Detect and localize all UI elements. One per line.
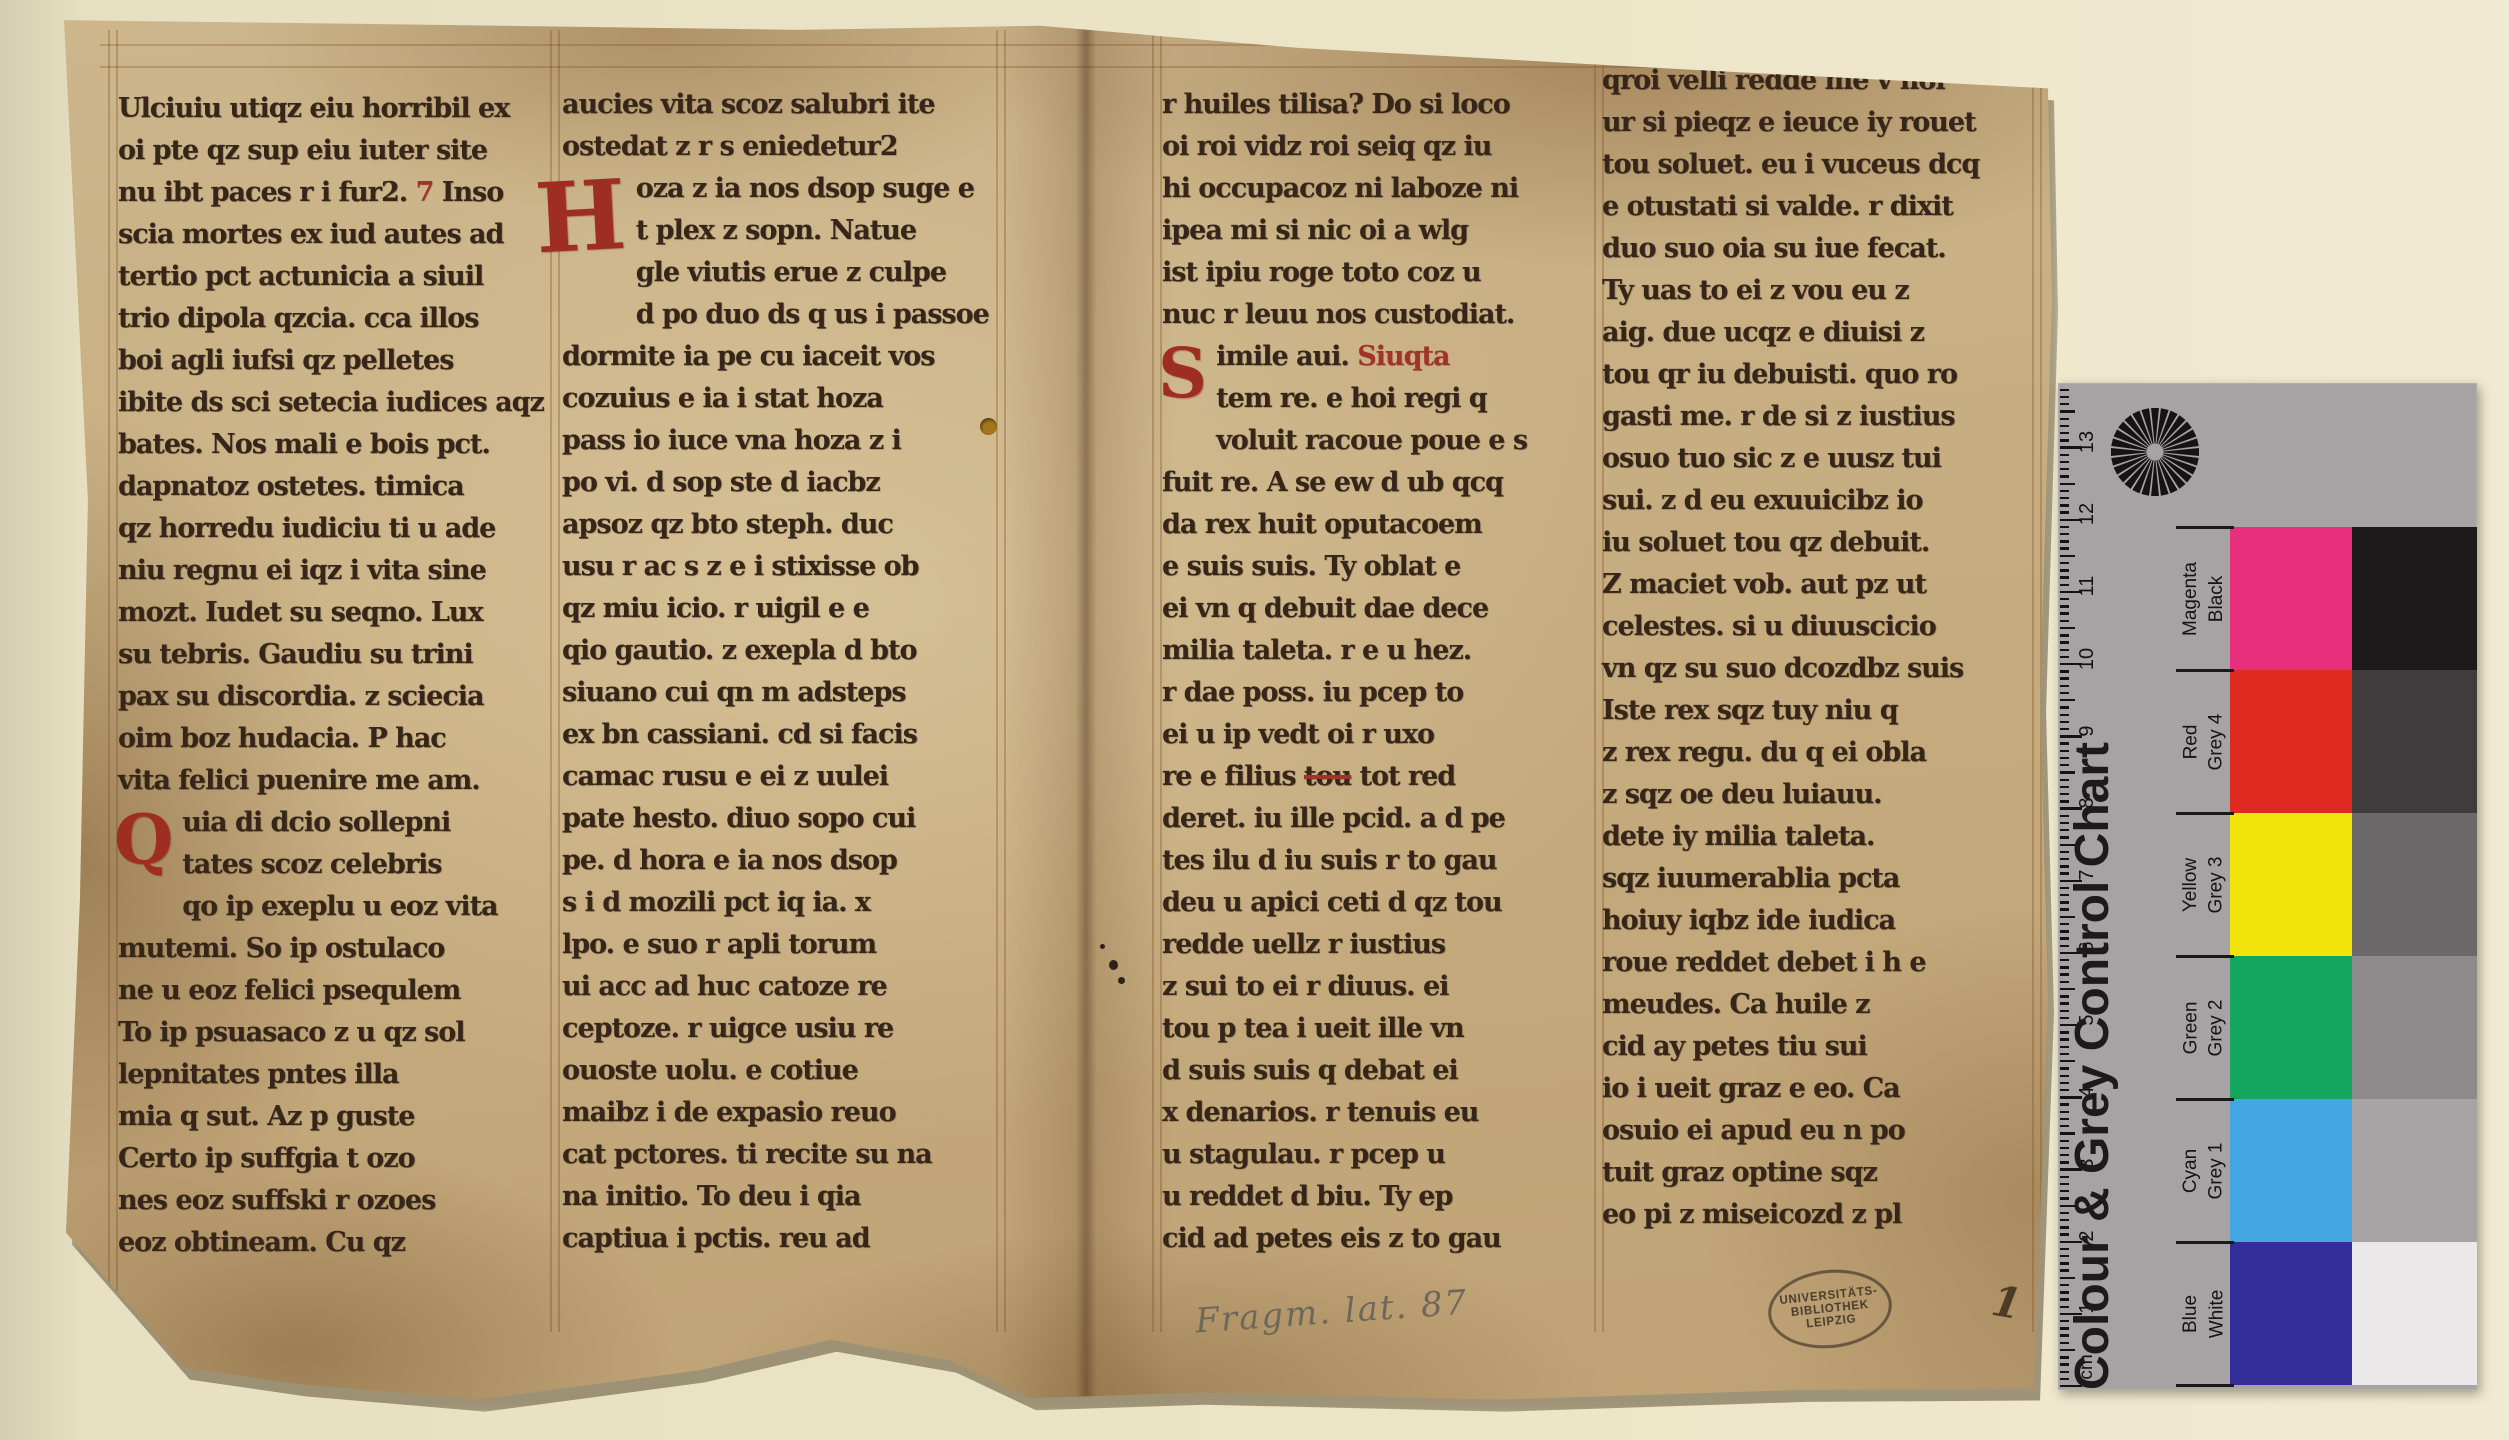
manuscript-line: pass io iuce vna hoza z i xyxy=(562,420,1002,462)
text-segment: roue reddet debet i h e xyxy=(1602,947,1926,978)
manuscript-line: tou soluet. eu i vuceus dcq xyxy=(1602,144,2032,186)
text-segment: sui. z d eu exuuicibz io xyxy=(1602,485,1922,516)
manuscript-line: u stagulau. r pcep u xyxy=(1162,1134,1600,1176)
colour-grey-control-chart: 12345678910111213 cm Colour & Grey Contr… xyxy=(2058,383,2477,1390)
text-segment: pe. d hora e ia nos dsop xyxy=(562,845,897,876)
text-segment: po vi. d sop ste d iacbz xyxy=(562,467,880,498)
ruler-tick xyxy=(2060,475,2069,477)
grey-swatch-grey-4 xyxy=(2352,670,2477,813)
color-label: Cyan xyxy=(2178,1099,2204,1242)
text-segment: z sqz oe deu luiauu. xyxy=(1602,779,1882,810)
grey-label: Grey 4 xyxy=(2204,670,2230,813)
text-segment: re e filius xyxy=(1162,761,1304,792)
ruler-tick xyxy=(2060,721,2069,723)
manuscript-line: cid ad petes eis z to gau xyxy=(1162,1218,1600,1260)
text-segment: eo pi z miseicozd z pl xyxy=(1602,1199,1901,1230)
text-segment: vn qz su suo dcozdbz suis xyxy=(1602,653,1963,684)
ruler-tick xyxy=(2060,432,2069,434)
text-segment: tou qr iu debuisti. quo ro xyxy=(1602,359,1957,390)
text-segment: ipea mi si nic oi a wlg xyxy=(1162,215,1468,246)
color-label: Yellow xyxy=(2178,813,2204,956)
text-segment: dapnatoz ostetes. timica xyxy=(118,471,464,502)
manuscript-line: Ty uas to ei z vou eu z xyxy=(1602,270,2032,312)
text-segment: dete iy milia taleta. xyxy=(1602,821,1874,852)
color-label-text: Magenta xyxy=(2180,562,2202,636)
label-separator xyxy=(2176,1384,2234,1387)
chart-title: Colour & Grey Control Chart xyxy=(2065,742,2120,1390)
manuscript-line: siuano cui qn m adsteps xyxy=(562,672,1002,714)
corrected-text: tou xyxy=(1304,761,1351,792)
text-segment: ibite ds sci setecia iudices aqz xyxy=(118,387,544,418)
manuscript-line: u reddet d biu. Ty ep xyxy=(1162,1176,1600,1218)
text-segment: deret. iu ille pcid. a d pe xyxy=(1162,803,1505,834)
grey-label-text: Black xyxy=(2206,575,2228,621)
text-segment: d po duo ds q us i passoe xyxy=(636,299,989,330)
grey-label: White xyxy=(2204,1242,2230,1385)
manuscript-line: cozuius e ia i stat hoza xyxy=(562,378,1002,420)
manuscript-line: nu ibt paces r i fur2. 7 Inso xyxy=(118,172,558,214)
text-segment: vita felici puenire me am. xyxy=(118,765,480,796)
text-segment: ei vn q debuit dae dece xyxy=(1162,593,1488,624)
rubric-initial: S xyxy=(1158,338,1206,422)
text-segment: lepnitates pntes illa xyxy=(118,1059,398,1090)
manuscript-line: d suis suis q debat ei xyxy=(1162,1050,1600,1092)
text-segment: meudes. Ca huile z xyxy=(1602,989,1870,1020)
folio-number: 1 xyxy=(1988,1276,2025,1329)
text-segment: gasti me. r de si z iustius xyxy=(1602,401,1955,432)
ruler-tick xyxy=(2060,439,2069,441)
text-segment: uia di dcio sollepni xyxy=(182,807,450,838)
text-segment: cat pctores. ti recite su na xyxy=(562,1139,932,1170)
text-segment: x denarios. r tenuis eu xyxy=(1162,1097,1478,1128)
text-segment: e suis suis. Ty oblat e xyxy=(1162,551,1460,582)
text-segment: tertio pct actunicia a siuil xyxy=(118,261,483,292)
text-segment: mozt. Iudet su seqno. Lux xyxy=(118,597,483,628)
text-segment: lpo. e suo r apli torum xyxy=(562,929,876,960)
manuscript-line: su tebris. Gaudiu su trini xyxy=(118,634,558,676)
ruler-tick xyxy=(2060,547,2069,549)
text-segment: s i d mozili pct iq ia. x xyxy=(562,887,870,918)
ruler-number: 10 xyxy=(2073,644,2101,674)
ruler-tick xyxy=(2060,699,2075,701)
manuscript-line: r huiles tilisa? Do si loco xyxy=(1162,84,1600,126)
manuscript-line: voluit racoue poue e s xyxy=(1162,420,1600,462)
manuscript-line: tou p tea i ueit ille vn xyxy=(1162,1008,1600,1050)
grey-swatch-grey-2 xyxy=(2352,956,2477,1099)
text-segment: Ulciuiu utiqz eiu horribil ex xyxy=(118,93,509,124)
text-segment: redde uellz r iustius xyxy=(1162,929,1445,960)
text-segment: osuo tuo sic z e uusz tui xyxy=(1602,443,1941,474)
text-segment: milia taleta. r e u hez. xyxy=(1162,635,1471,666)
manuscript-line: niu regnu ei iqz i vita sine xyxy=(118,550,558,592)
ruler-tick xyxy=(2060,490,2069,492)
text-segment: bates. Nos mali e bois pct. xyxy=(118,429,490,460)
text-segment: tou soluet. eu i vuceus dcq xyxy=(1602,149,1979,180)
color-swatch-red xyxy=(2230,670,2352,813)
manuscript-line: ui acc ad huc catoze re xyxy=(562,966,1002,1008)
text-segment: pass io iuce vna hoza z i xyxy=(562,425,901,456)
manuscript-line: d po duo ds q us i passoe xyxy=(562,294,1002,336)
manuscript-line: sqz iuumerablia pcta xyxy=(1602,858,2032,900)
manuscript-line: lepnitates pntes illa xyxy=(118,1054,558,1096)
text-segment: celestes. si u diuuscicio xyxy=(1602,611,1936,642)
rubric-text: 7 xyxy=(416,177,442,208)
manuscript-line: re e filius tou tot red xyxy=(1162,756,1600,798)
text-segment: ex bn cassiani. cd si facis xyxy=(562,719,917,750)
ink-speck xyxy=(1118,977,1125,984)
grey-label-text: Grey 1 xyxy=(2206,1142,2228,1199)
text-segment: qroi velli redde me v noi xyxy=(1602,65,1945,96)
manuscript-line: redde uellz r iustius xyxy=(1162,924,1600,966)
text-segment: mia q sut. Az p guste xyxy=(118,1101,414,1132)
text-segment: e otustati si valde. r dixit xyxy=(1602,191,1953,222)
text-segment: Inso xyxy=(442,177,503,208)
text-segment: usu r ac s z e i stixisse ob xyxy=(562,551,919,582)
label-separator xyxy=(2176,526,2234,529)
text-segment: apsoz qz bto steph. duc xyxy=(562,509,893,540)
text-segment: deu u apici ceti d qz tou xyxy=(1162,887,1502,918)
ruler-tick xyxy=(2060,649,2069,651)
ruler-tick xyxy=(2060,533,2069,535)
text-segment: ui acc ad huc catoze re xyxy=(562,971,887,1002)
manuscript-line: tem re. e hoi regi q xyxy=(1162,378,1600,420)
manuscript-line: ne u eoz felici psequlem xyxy=(118,970,558,1012)
shelfmark-pencil-note: Fragm. lat. 87 xyxy=(1194,1283,1470,1342)
ruler-tick xyxy=(2060,540,2069,542)
manuscript-line: da rex huit oputacoem xyxy=(1162,504,1600,546)
manuscript-line: dete iy milia taleta. xyxy=(1602,816,2032,858)
text-segment: scia mortes ex iud autes ad xyxy=(118,219,503,250)
text-segment: camac rusu e ei z uulei xyxy=(562,761,888,792)
manuscript-line: gasti me. r de si z iustius xyxy=(1602,396,2032,438)
text-segment: iu soluet tou qz debuit. xyxy=(1602,527,1929,558)
manuscript-line: aucies vita scoz salubri ite xyxy=(562,84,1002,126)
text-segment: fuit re. A se ew d ub qcq xyxy=(1162,467,1503,498)
manuscript-line: e suis suis. Ty oblat e xyxy=(1162,546,1600,588)
ruling-line-vertical xyxy=(108,30,110,1332)
manuscript-leaf: Ulciuiu utiqz eiu horribil exoi pte qz s… xyxy=(60,16,2056,1408)
ruler-number: 13 xyxy=(2073,427,2101,457)
manuscript-line: z sui to ei r diuus. ei xyxy=(1162,966,1600,1008)
ruler-tick xyxy=(2060,677,2069,679)
grey-swatch-grey-3 xyxy=(2352,813,2477,956)
text-column-4: qroi velli redde me v noiur si pieqz e i… xyxy=(1602,60,2032,1236)
grey-label-text: Grey 2 xyxy=(2206,999,2228,1056)
ruler-tick xyxy=(2060,461,2069,463)
text-segment: tes ilu d iu suis r to gau xyxy=(1162,845,1497,876)
text-segment: ouoste uolu. e cotiue xyxy=(562,1055,858,1086)
grey-label-text: Grey 4 xyxy=(2206,713,2228,770)
text-segment: tot red xyxy=(1351,761,1455,792)
label-separator xyxy=(2176,1098,2234,1101)
manuscript-line: fuit re. A se ew d ub qcq xyxy=(1162,462,1600,504)
manuscript-line: meudes. Ca huile z xyxy=(1602,984,2032,1026)
color-swatch-green xyxy=(2230,956,2352,1099)
manuscript-line: ouoste uolu. e cotiue xyxy=(562,1050,1002,1092)
text-segment: eoz obtineam. Cu qz xyxy=(118,1227,405,1258)
manuscript-line: roue reddet debet i h e xyxy=(1602,942,2032,984)
manuscript-line: dapnatoz ostetes. timica xyxy=(118,466,558,508)
manuscript-line: aig. due ucqz e diuisi z xyxy=(1602,312,2032,354)
text-segment: maibz i de expasio reuo xyxy=(562,1097,896,1128)
text-segment: dormite ia pe cu iaceit vos xyxy=(562,341,934,372)
text-segment: sqz iuumerablia pcta xyxy=(1602,863,1899,894)
text-segment: z rex regu. du q ei obla xyxy=(1602,737,1926,768)
text-segment: oi pte qz sup eiu iuter site xyxy=(118,135,487,166)
text-segment: oi roi vidz roi seiq qz iu xyxy=(1162,131,1491,162)
ruler-tick xyxy=(2060,641,2069,643)
text-segment: nuc r leuu nos custodiat. xyxy=(1162,299,1514,330)
ruler-tick xyxy=(2060,714,2069,716)
manuscript-line: z rex regu. du q ei obla xyxy=(1602,732,2032,774)
ruler-tick xyxy=(2060,605,2069,607)
manuscript-line: bates. Nos mali e bois pct. xyxy=(118,424,558,466)
manuscript-line: cid ay petes tiu sui xyxy=(1602,1026,2032,1068)
manuscript-line: na initio. To deu i qia xyxy=(562,1176,1002,1218)
ruler-tick xyxy=(2060,598,2069,600)
text-segment: t plex z sopn. Natue xyxy=(636,215,916,246)
manuscript-line: tates scoz celebris xyxy=(118,844,558,886)
ruler-tick xyxy=(2060,634,2069,636)
manuscript-line: oim boz hudacia. P hac xyxy=(118,718,558,760)
text-segment: ne u eoz felici psequlem xyxy=(118,975,460,1006)
manuscript-line: camac rusu e ei z uulei xyxy=(562,756,1002,798)
manuscript-line: ostedat z r s eniedetur2 xyxy=(562,126,1002,168)
text-segment: captiua i pctis. reu ad xyxy=(562,1223,870,1254)
ruler-number: 11 xyxy=(2073,571,2101,601)
text-segment: oim boz hudacia. P hac xyxy=(118,723,446,754)
manuscript-line: nuc r leuu nos custodiat. xyxy=(1162,294,1600,336)
color-label-text: Blue xyxy=(2180,1294,2202,1332)
photo-backdrop: Ulciuiu utiqz eiu horribil exoi pte qz s… xyxy=(0,0,2509,1440)
manuscript-line: Hoza z ia nos dsop suge e xyxy=(562,168,1002,210)
grey-swatch-white xyxy=(2352,1242,2477,1385)
grey-label: Grey 1 xyxy=(2204,1099,2230,1242)
text-segment: cozuius e ia i stat hoza xyxy=(562,383,883,414)
text-segment: imile aui. xyxy=(1216,341,1357,372)
manuscript-line: oi pte qz sup eiu iuter site xyxy=(118,130,558,172)
color-label-text: Yellow xyxy=(2180,857,2202,911)
text-segment: u reddet d biu. Ty ep xyxy=(1162,1181,1452,1212)
color-swatch-yellow xyxy=(2230,813,2352,956)
manuscript-line: Simile aui. Siuqta xyxy=(1162,336,1600,378)
text-segment: Z maciet vob. aut pz ut xyxy=(1602,569,1926,600)
text-segment: qo ip exeplu u eoz vita xyxy=(182,891,497,922)
manuscript-line: vita felici puenire me am. xyxy=(118,760,558,802)
manuscript-line: ceptoze. r uigce usiu re xyxy=(562,1008,1002,1050)
ruler-tick xyxy=(2060,569,2069,571)
manuscript-line: t plex z sopn. Natue xyxy=(562,210,1002,252)
manuscript-line: trio dipola qzcia. cca illos xyxy=(118,298,558,340)
label-separator xyxy=(2176,669,2234,672)
ruler-tick xyxy=(2060,504,2069,506)
text-segment: hoiuy iqbz ide iudica xyxy=(1602,905,1895,936)
text-segment: tou p tea i ueit ille vn xyxy=(1162,1013,1464,1044)
ruler-tick xyxy=(2060,685,2069,687)
color-label: Magenta xyxy=(2178,527,2204,670)
text-segment: pate hesto. diuo sopo cui xyxy=(562,803,915,834)
manuscript-line: hi occupacoz ni laboze ni xyxy=(1162,168,1600,210)
text-segment: z sui to ei r diuus. ei xyxy=(1162,971,1448,1002)
text-column-1: Ulciuiu utiqz eiu horribil exoi pte qz s… xyxy=(118,88,558,1264)
manuscript-line: pax su discordia. z sciecia xyxy=(118,676,558,718)
manuscript-line: vn qz su suo dcozdbz suis xyxy=(1602,648,2032,690)
manuscript-line: nes eoz suffski r ozoes xyxy=(118,1180,558,1222)
ruler-tick xyxy=(2060,620,2069,622)
ruler-tick xyxy=(2060,410,2075,412)
manuscript-line: cat pctores. ti recite su na xyxy=(562,1134,1002,1176)
manuscript-line: dormite ia pe cu iaceit vos xyxy=(562,336,1002,378)
text-segment: cid ay petes tiu sui xyxy=(1602,1031,1867,1062)
text-segment: Iste rex sqz tuy niu q xyxy=(1602,695,1898,726)
manuscript-line: hoiuy iqbz ide iudica xyxy=(1602,900,2032,942)
ruler-tick xyxy=(2060,526,2069,528)
ruler-tick xyxy=(2060,555,2075,557)
manuscript-line: io i ueit graz e eo. Ca xyxy=(1602,1068,2032,1110)
manuscript-line: ibite ds sci setecia iudices aqz xyxy=(118,382,558,424)
text-segment: Certo ip suffgia t ozo xyxy=(118,1143,415,1174)
manuscript-line: tou qr iu debuisti. quo ro xyxy=(1602,354,2032,396)
text-segment: u stagulau. r pcep u xyxy=(1162,1139,1445,1170)
manuscript-line: Iste rex sqz tuy niu q xyxy=(1602,690,2032,732)
grey-label: Grey 3 xyxy=(2204,813,2230,956)
text-segment: tates scoz celebris xyxy=(182,849,441,880)
text-segment: gle viutis erue z culpe xyxy=(636,257,946,288)
manuscript-line: ipea mi si nic oi a wlg xyxy=(1162,210,1600,252)
text-segment: mutemi. So ip ostulaco xyxy=(118,933,444,964)
rubric-initial: H xyxy=(533,168,629,299)
manuscript-line: Ulciuiu utiqz eiu horribil ex xyxy=(118,88,558,130)
manuscript-line: ist ipiu roge toto coz u xyxy=(1162,252,1600,294)
manuscript-line: mutemi. So ip ostulaco xyxy=(118,928,558,970)
ruler-tick xyxy=(2060,389,2069,391)
grey-label: Black xyxy=(2204,527,2230,670)
ruler-tick xyxy=(2060,483,2075,485)
text-segment: qz horredu iudiciu ti u ade xyxy=(118,513,495,544)
manuscript-line: tertio pct actunicia a siuil xyxy=(118,256,558,298)
color-label-text: Cyan xyxy=(2180,1148,2202,1192)
manuscript-line: eoz obtineam. Cu qz xyxy=(118,1222,558,1264)
ruler-tick xyxy=(2060,418,2069,420)
text-segment: ei u ip vedt oi r uxo xyxy=(1162,719,1434,750)
manuscript-line: r dae poss. iu pcep to xyxy=(1162,672,1600,714)
rubric-text: Siuqta xyxy=(1357,341,1449,372)
manuscript-line: qo ip exeplu u eoz vita xyxy=(118,886,558,928)
text-segment: cid ad petes eis z to gau xyxy=(1162,1223,1501,1254)
text-segment: To ip psuasaco z u qz sol xyxy=(118,1017,465,1048)
label-separator xyxy=(2176,1241,2234,1244)
text-segment: nu ibt paces r i fur2. xyxy=(118,177,416,208)
text-column-3: r huiles tilisa? Do si locooi roi vidz r… xyxy=(1162,84,1600,1260)
text-segment: r dae poss. iu pcep to xyxy=(1162,677,1463,708)
grey-swatch-black xyxy=(2352,527,2477,670)
text-segment: qio gautio. z exepla d bto xyxy=(562,635,916,666)
manuscript-line: po vi. d sop ste d iacbz xyxy=(562,462,1002,504)
manuscript-line: milia taleta. r e u hez. xyxy=(1162,630,1600,672)
ruler-tick xyxy=(2060,511,2069,513)
manuscript-line: osuo tuo sic z e uusz tui xyxy=(1602,438,2032,480)
manuscript-line: ur si pieqz e ieuce iy rouet xyxy=(1602,102,2032,144)
ink-speck xyxy=(1100,944,1105,949)
text-segment: niu regnu ei iqz i vita sine xyxy=(118,555,486,586)
color-label-text: Red xyxy=(2180,724,2202,759)
text-segment: su tebris. Gaudiu su trini xyxy=(118,639,473,670)
manuscript-line: To ip psuasaco z u qz sol xyxy=(118,1012,558,1054)
ruler-tick xyxy=(2060,612,2069,614)
text-segment: ur si pieqz e ieuce iy rouet xyxy=(1602,107,1976,138)
text-segment: na initio. To deu i qia xyxy=(562,1181,861,1212)
manuscript-line: x denarios. r tenuis eu xyxy=(1162,1092,1600,1134)
ruling-line-vertical xyxy=(2032,30,2034,1332)
manuscript-line: ei vn q debuit dae dece xyxy=(1162,588,1600,630)
text-segment: io i ueit graz e eo. Ca xyxy=(1602,1073,1900,1104)
manuscript-line: qz miu icio. r uigil e e xyxy=(562,588,1002,630)
manuscript-line: maibz i de expasio reuo xyxy=(562,1092,1002,1134)
ruler-tick xyxy=(2060,692,2069,694)
color-swatch-magenta xyxy=(2230,527,2352,670)
color-label: Red xyxy=(2178,670,2204,813)
manuscript-line: tuit graz optine sqz xyxy=(1602,1152,2032,1194)
manuscript-line: apsoz qz bto steph. duc xyxy=(562,504,1002,546)
manuscript-line: e otustati si valde. r dixit xyxy=(1602,186,2032,228)
ruler-tick xyxy=(2060,403,2069,405)
manuscript-line: Quia di dcio sollepni xyxy=(118,802,558,844)
text-segment: siuano cui qn m adsteps xyxy=(562,677,906,708)
manuscript-line: duo suo oia su iue fecat. xyxy=(1602,228,2032,270)
fold-gutter xyxy=(998,16,1174,1408)
manuscript-line: lpo. e suo r apli torum xyxy=(562,924,1002,966)
grey-label-text: White xyxy=(2206,1289,2228,1338)
text-segment: qz miu icio. r uigil e e xyxy=(562,593,869,624)
manuscript-line: Z maciet vob. aut pz ut xyxy=(1602,564,2032,606)
color-label-text: Green xyxy=(2180,1001,2202,1054)
ruler-tick xyxy=(2060,562,2069,564)
color-swatch-cyan xyxy=(2230,1099,2352,1242)
text-segment: tem re. e hoi regi q xyxy=(1216,383,1487,414)
text-segment: Ty uas to ei z vou eu z xyxy=(1602,275,1909,306)
label-separator xyxy=(2176,812,2234,815)
ruler-tick xyxy=(2060,425,2069,427)
ruler-tick xyxy=(2060,468,2069,470)
grey-label-text: Grey 3 xyxy=(2206,856,2228,913)
ruler-tick xyxy=(2060,627,2075,629)
ruler-tick xyxy=(2060,728,2069,730)
manuscript-line: z sqz oe deu luiauu. xyxy=(1602,774,2032,816)
manuscript-line: mia q sut. Az p guste xyxy=(118,1096,558,1138)
manuscript-line: pe. d hora e ia nos dsop xyxy=(562,840,1002,882)
manuscript-line: mozt. Iudet su seqno. Lux xyxy=(118,592,558,634)
manuscript-line: iu soluet tou qz debuit. xyxy=(1602,522,2032,564)
library-stamp: UNIVERSITÄTS- BIBLIOTHEK LEIPZIG xyxy=(1764,1264,1895,1355)
manuscript-line: scia mortes ex iud autes ad xyxy=(118,214,558,256)
text-segment: aucies vita scoz salubri ite xyxy=(562,89,935,120)
text-column-2: aucies vita scoz salubri iteostedat z r … xyxy=(562,84,1002,1260)
manuscript-line: eo pi z miseicozd z pl xyxy=(1602,1194,2032,1236)
ruler-tick xyxy=(2060,454,2069,456)
manuscript-line: qio gautio. z exepla d bto xyxy=(562,630,1002,672)
text-segment: nes eoz suffski r ozoes xyxy=(118,1185,435,1216)
starburst-logo xyxy=(2108,405,2202,499)
ruler-tick xyxy=(2060,656,2069,658)
manuscript-line: sui. z d eu exuuicibz io xyxy=(1602,480,2032,522)
ink-speck xyxy=(1109,960,1118,970)
ruler-tick xyxy=(2060,706,2069,708)
manuscript-line: deret. iu ille pcid. a d pe xyxy=(1162,798,1600,840)
color-label: Blue xyxy=(2178,1242,2204,1385)
manuscript-line: celestes. si u diuuscicio xyxy=(1602,606,2032,648)
manuscript-line: usu r ac s z e i stixisse ob xyxy=(562,546,1002,588)
text-segment: pax su discordia. z sciecia xyxy=(118,681,484,712)
